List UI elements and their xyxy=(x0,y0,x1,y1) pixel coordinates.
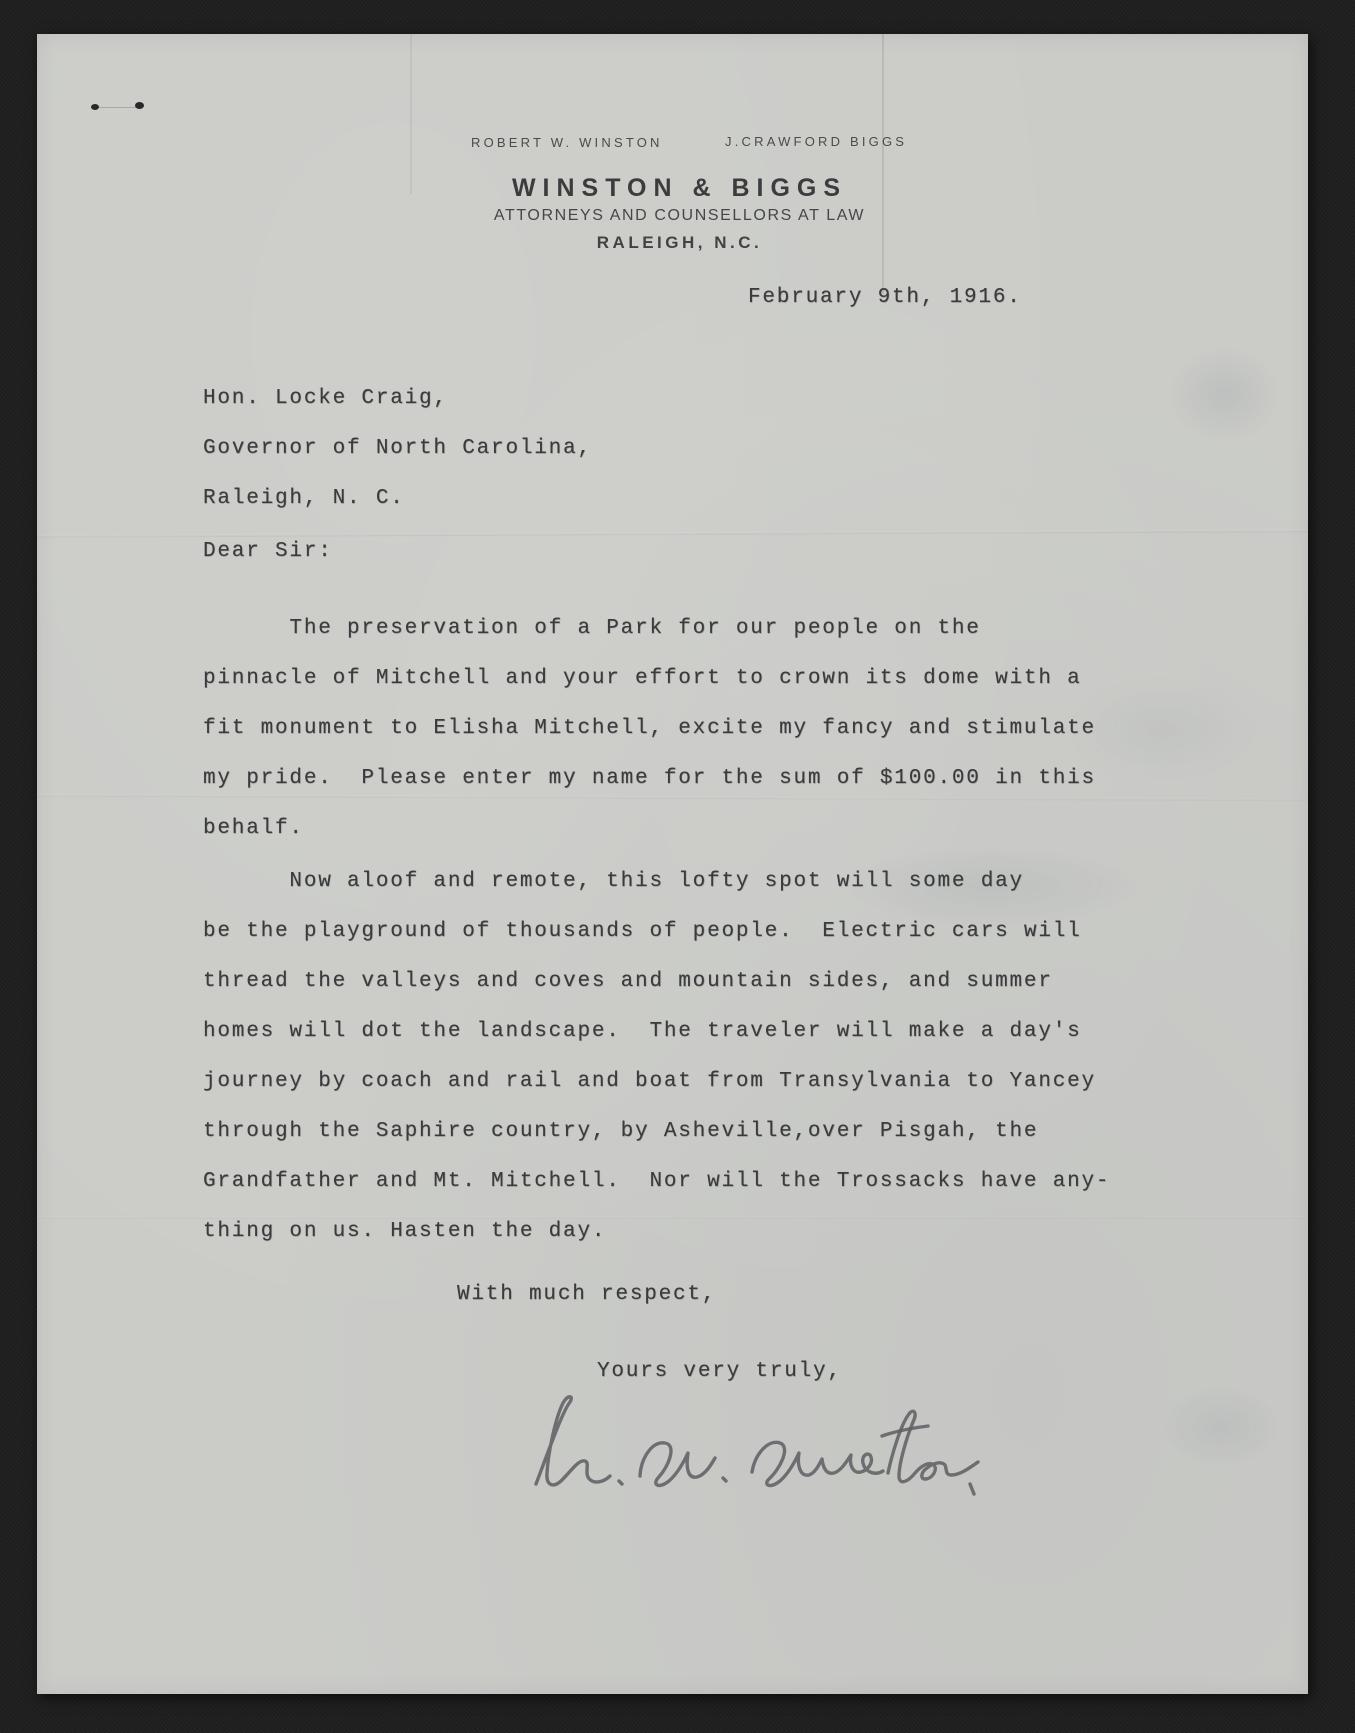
letter-line: The preservation of a Park for our peopl… xyxy=(203,604,1096,654)
bleed-through-mark xyxy=(1137,1369,1307,1484)
salutation: Dear Sir: xyxy=(203,540,333,563)
letter-line: Now aloof and remote, this lofty spot wi… xyxy=(203,857,1110,907)
paper-crease xyxy=(882,34,884,294)
letterhead-partner-right: J.CRAWFORD BIGGS xyxy=(725,134,907,149)
signature-stroke xyxy=(640,1443,715,1486)
signature-stroke xyxy=(752,1442,883,1485)
signature-stroke xyxy=(536,1397,610,1485)
date-line: February 9th, 1916. xyxy=(748,286,1022,309)
signature-stroke xyxy=(619,1481,622,1484)
closing-respect-line: With much respect, xyxy=(457,1283,716,1306)
letter-line: be the playground of thousands of people… xyxy=(203,907,1110,957)
letterhead-partner-left: ROBERT W. WINSTON xyxy=(471,135,663,150)
letterhead-firm-name: WINSTON & BIGGS xyxy=(37,174,1308,203)
closing-valediction: Yours very truly, xyxy=(597,1360,842,1383)
letter-line: thread the valleys and coves and mountai… xyxy=(203,957,1110,1007)
letter-line: behalf. xyxy=(203,804,1096,854)
letter-line: thing on us. Hasten the day. xyxy=(203,1207,1110,1257)
scratch-mark xyxy=(99,107,139,108)
letter-line: Governor of North Carolina, xyxy=(203,424,592,474)
scanned-letter-page: { "colors": { "backdrop": "#1d1d1e", "pa… xyxy=(0,0,1355,1733)
letterhead-firm-subtitle: ATTORNEYS AND COUNSELLORS AT LAW xyxy=(37,207,1308,225)
letter-line: Raleigh, N. C. xyxy=(203,474,592,524)
letter-line: my pride. Please enter my name for the s… xyxy=(203,754,1096,804)
signature-stroke xyxy=(723,1478,726,1481)
letter-line: homes will dot the landscape. The travel… xyxy=(203,1007,1110,1057)
body-paragraph-1: The preservation of a Park for our peopl… xyxy=(203,604,1096,854)
paper-crease xyxy=(410,34,412,194)
paper-crease xyxy=(37,529,1308,538)
letter-line: fit monument to Elisha Mitchell, excite … xyxy=(203,704,1096,754)
letter-line: journey by coach and rail and boat from … xyxy=(203,1057,1110,1107)
staple-mark-dot xyxy=(91,104,99,110)
letter-paper: ROBERT W. WINSTON J.CRAWFORD BIGGS WINST… xyxy=(37,34,1308,1694)
letter-line: Hon. Locke Craig, xyxy=(203,374,592,424)
signature-stroke xyxy=(970,1484,974,1494)
recipient-address-block: Hon. Locke Craig,Governor of North Carol… xyxy=(203,374,592,524)
signature xyxy=(522,1386,982,1511)
letter-line: through the Saphire country, by Ashevill… xyxy=(203,1107,1110,1157)
letter-line: Grandfather and Mt. Mitchell. Nor will t… xyxy=(203,1157,1110,1207)
bleed-through-mark xyxy=(1147,329,1302,459)
letter-line: pinnacle of Mitchell and your effort to … xyxy=(203,654,1096,704)
signature-stroke xyxy=(888,1411,978,1482)
signature-stroke xyxy=(882,1426,928,1436)
letterhead-firm-city: RALEIGH, N.C. xyxy=(37,233,1308,253)
body-paragraph-2: Now aloof and remote, this lofty spot wi… xyxy=(203,857,1110,1257)
